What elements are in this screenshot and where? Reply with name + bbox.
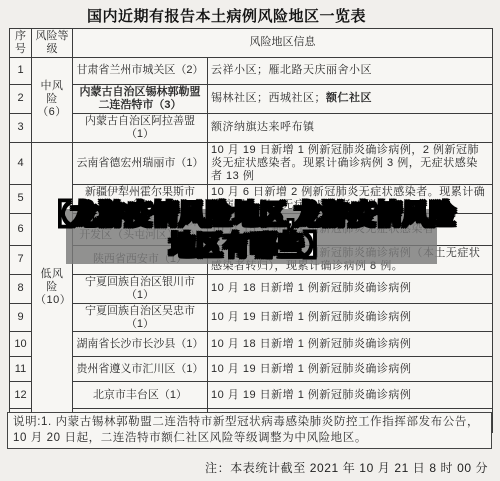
row-number-cell: 12 — [10, 382, 32, 409]
row-number-cell: 3 — [10, 113, 32, 142]
row-number-cell: 7 — [10, 245, 32, 274]
row-number-cell: 8 — [10, 274, 32, 303]
table-row: 12 北京市丰台区（1） 10 月 19 日新增 1 例新冠肺炎确诊病例 — [10, 382, 493, 409]
header-no: 序号 — [10, 29, 32, 58]
watermark-text: 【龙游疫情风险地区,龙游疫情风险地区有哪些】 — [34, 200, 466, 262]
row-number-cell: 9 — [10, 303, 32, 332]
table-row: 3 内蒙古自治区阿拉善盟（1） 额济纳旗达来呼布镇 — [10, 113, 493, 142]
page-title: 国内近期有报告本土病例风险地区一览表 — [87, 5, 366, 26]
info-cell: 10 月 18 日新增 1 例新冠肺炎确诊病例 — [208, 332, 493, 357]
info-cell: 额济纳旗达来呼布镇 — [208, 113, 493, 142]
region-cell: 宁夏回族自治区银川市（1） — [73, 274, 208, 303]
region-cell: 贵州省遵义市汇川区（1） — [73, 357, 208, 382]
info-text: 锡林社区；西城社区； — [211, 92, 326, 104]
info-cell: 云祥小区；雁北路天庆丽舍小区 — [208, 57, 493, 84]
table-row: 8 宁夏回族自治区银川市（1） 10 月 18 日新增 1 例新冠肺炎确诊病例 — [10, 274, 493, 303]
row-number-cell: 10 — [10, 332, 32, 357]
info-cell: 10 月 19 日新增 1 例新冠肺炎确诊病例 — [208, 357, 493, 382]
header-risk-info: 风险地区信息 — [73, 29, 493, 58]
row-number-cell: 11 — [10, 357, 32, 382]
table-row: 4 低风险（10） 云南省德宏州瑞丽市（1） 10 月 19 日新增 1 例新冠… — [10, 142, 493, 184]
risk-level-cell-low: 低风险（10） — [32, 142, 73, 433]
region-cell: 北京市丰台区（1） — [73, 382, 208, 409]
table-header-row: 序号 风险等级 风险地区信息 — [10, 29, 493, 58]
row-number-cell: 2 — [10, 84, 32, 113]
info-cell: 10 月 19 日新增 1 例新冠肺炎确诊病例 — [208, 303, 493, 332]
info-cell: 10 月 18 日新增 1 例新冠肺炎确诊病例 — [208, 274, 493, 303]
table-row: 11 贵州省遵义市汇川区（1） 10 月 19 日新增 1 例新冠肺炎确诊病例 — [10, 357, 493, 382]
row-number-cell: 1 — [10, 57, 32, 84]
row-number-cell: 6 — [10, 213, 32, 245]
region-cell: 宁夏回族自治区吴忠市（1） — [73, 303, 208, 332]
region-cell: 内蒙古自治区锡林郭勒盟二连浩特市（3） — [73, 84, 208, 113]
info-cell: 10 月 19 日新增 1 例新冠肺炎确诊病例 — [208, 382, 493, 409]
info-text-bold: 额仁社区 — [326, 92, 372, 104]
explanation-note: 说明:1. 内蒙古锡林郭勒盟二连浩特市新型冠状病毒感染肺炎防控工作指挥部发布公告… — [7, 412, 492, 449]
row-number-cell: 4 — [10, 142, 32, 184]
region-cell: 湖南省长沙市长沙县（1） — [73, 332, 208, 357]
region-cell: 内蒙古自治区阿拉善盟（1） — [73, 113, 208, 142]
info-cell: 10 月 19 日新增 1 例新冠肺炎确诊病例，2 例新冠肺炎无症状感染者。现累… — [208, 142, 493, 184]
region-cell: 甘肃省兰州市城关区（2） — [73, 57, 208, 84]
table-row: 2 内蒙古自治区锡林郭勒盟二连浩特市（3） 锡林社区；西城社区；额仁社区 — [10, 84, 493, 113]
table-row: 1 中风险（6） 甘肃省兰州市城关区（2） 云祥小区；雁北路天庆丽舍小区 — [10, 57, 493, 84]
header-risk-level: 风险等级 — [32, 29, 73, 58]
row-number-cell: 5 — [10, 184, 32, 213]
stat-cutoff-note: 注：本表统计截至 2021 年 10 月 21 日 8 时 00 分 — [205, 459, 488, 476]
table-row: 10 湖南省长沙市长沙县（1） 10 月 18 日新增 1 例新冠肺炎确诊病例 — [10, 332, 493, 357]
table-row: 9 宁夏回族自治区吴忠市（1） 10 月 19 日新增 1 例新冠肺炎确诊病例 — [10, 303, 493, 332]
info-cell: 锡林社区；西城社区；额仁社区 — [208, 84, 493, 113]
region-cell: 云南省德宏州瑞丽市（1） — [73, 142, 208, 184]
risk-level-cell-medium: 中风险（6） — [32, 57, 73, 142]
